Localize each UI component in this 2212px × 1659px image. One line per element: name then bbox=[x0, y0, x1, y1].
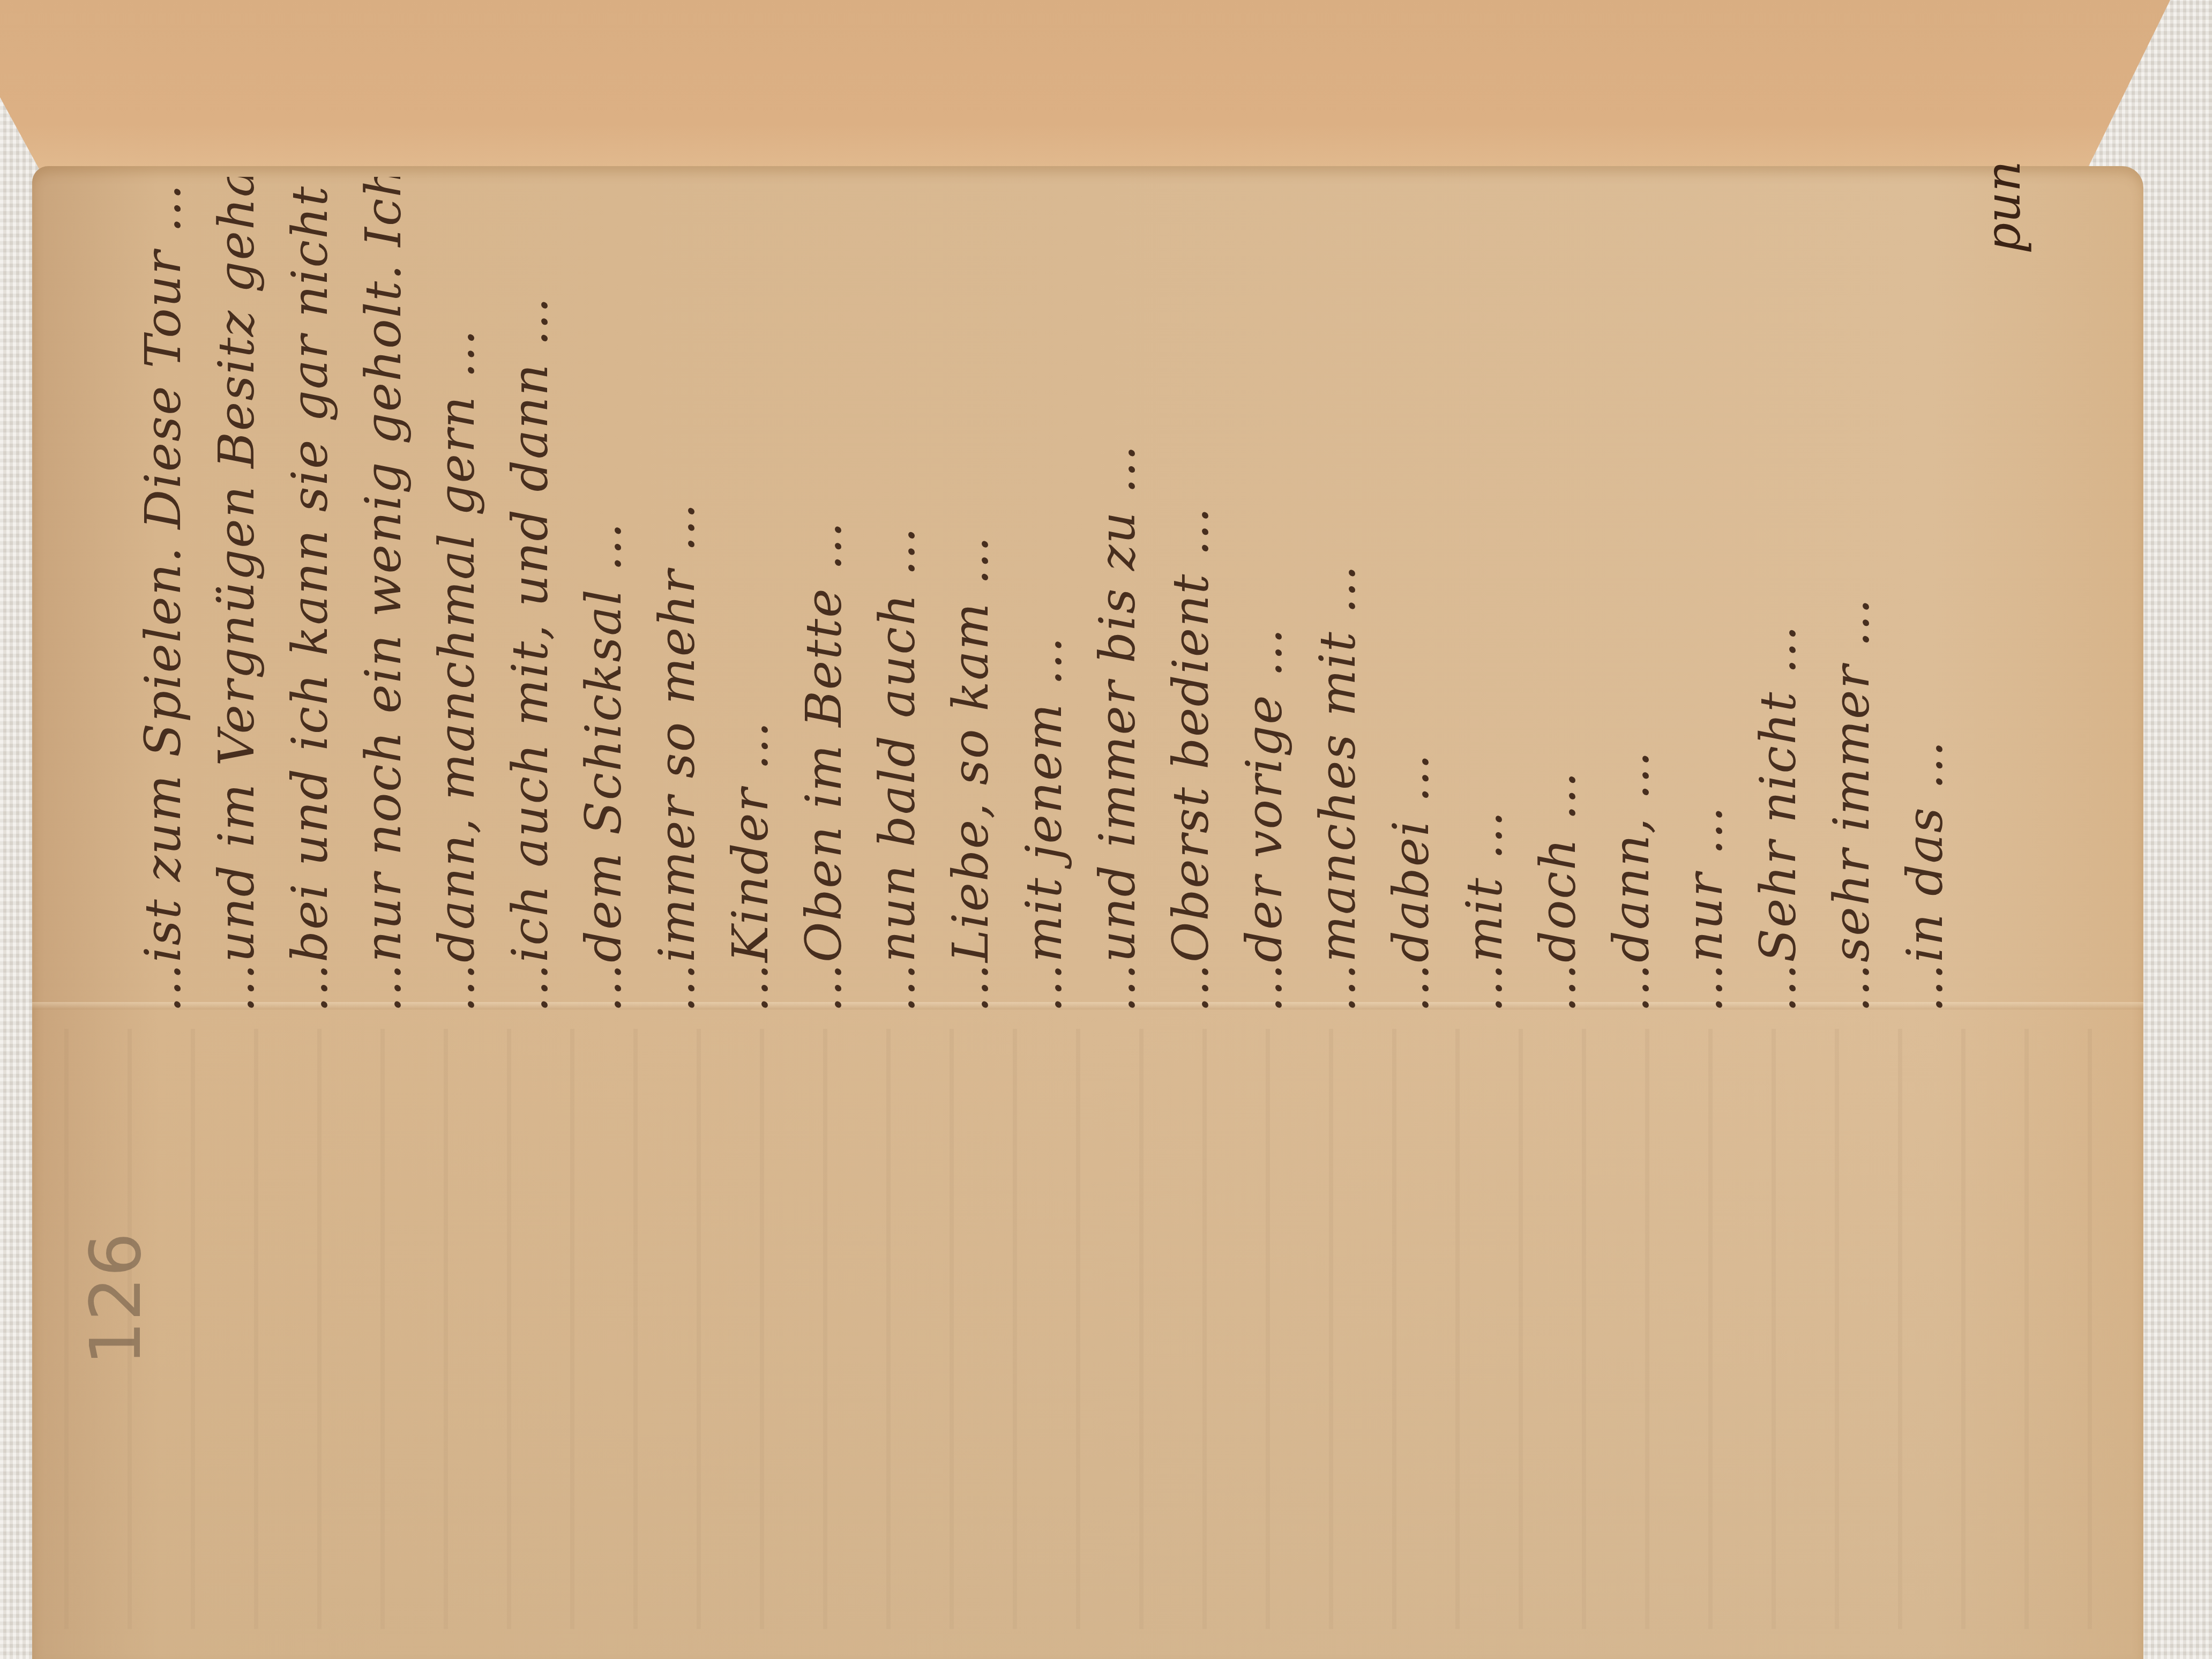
handwritten-text-block: …ist zum Spielen. Diese Tour ……und im Ve… bbox=[134, 177, 2063, 1013]
manuscript-line: …dann, … bbox=[1602, 177, 1661, 1013]
manuscript-line: …manches mit … bbox=[1309, 177, 1367, 1013]
manuscript-line: …und im Vergnügen Besitz gehabt … bbox=[207, 177, 266, 1013]
manuscript-line: …immer so mehr … bbox=[648, 177, 707, 1013]
manuscript-line: …nun bald auch … bbox=[868, 177, 927, 1013]
manuscript-line: …mit jenem … bbox=[1015, 177, 1074, 1013]
manuscript-line: …Oberst bedient … bbox=[1162, 177, 1221, 1013]
manuscript-line: …nur … bbox=[1676, 177, 1735, 1013]
blank-lower-page bbox=[32, 1007, 2143, 1659]
manuscript-line: …dann, manchmal gern … bbox=[428, 177, 487, 1013]
manuscript-line: …dabei … bbox=[1382, 177, 1441, 1013]
manuscript-line: …mit … bbox=[1455, 177, 1514, 1013]
folded-flap bbox=[0, 0, 2170, 177]
manuscript-line: …sehr immer … bbox=[1822, 177, 1881, 1013]
catchword: und bbox=[1983, 161, 2039, 254]
manuscript-line: …ist zum Spielen. Diese Tour … bbox=[134, 177, 193, 1013]
manuscript-line: …der vorige … bbox=[1235, 177, 1294, 1013]
manuscript-line: …ich auch mit, und dann … bbox=[501, 177, 560, 1013]
folio-number: 126 bbox=[75, 1232, 156, 1365]
manuscript-line: …Kinder … bbox=[721, 177, 780, 1013]
manuscript-line: …Liebe, so kam … bbox=[941, 177, 1000, 1013]
manuscript-line: …in das … bbox=[1896, 177, 1955, 1013]
manuscript-line: …dem Schicksal … bbox=[574, 177, 633, 1013]
manuscript-line: …Sehr nicht … bbox=[1749, 177, 1808, 1013]
manuscript-line: …bei und ich kann sie gar nicht … bbox=[281, 177, 340, 1013]
manuscript-line: …nur noch ein wenig geholt. Ich … bbox=[354, 177, 413, 1013]
manuscript-line: …und immer bis zu … bbox=[1088, 177, 1147, 1013]
manuscript-line: …doch … bbox=[1529, 177, 1588, 1013]
manuscript-line: …Oben im Bette … bbox=[795, 177, 854, 1013]
